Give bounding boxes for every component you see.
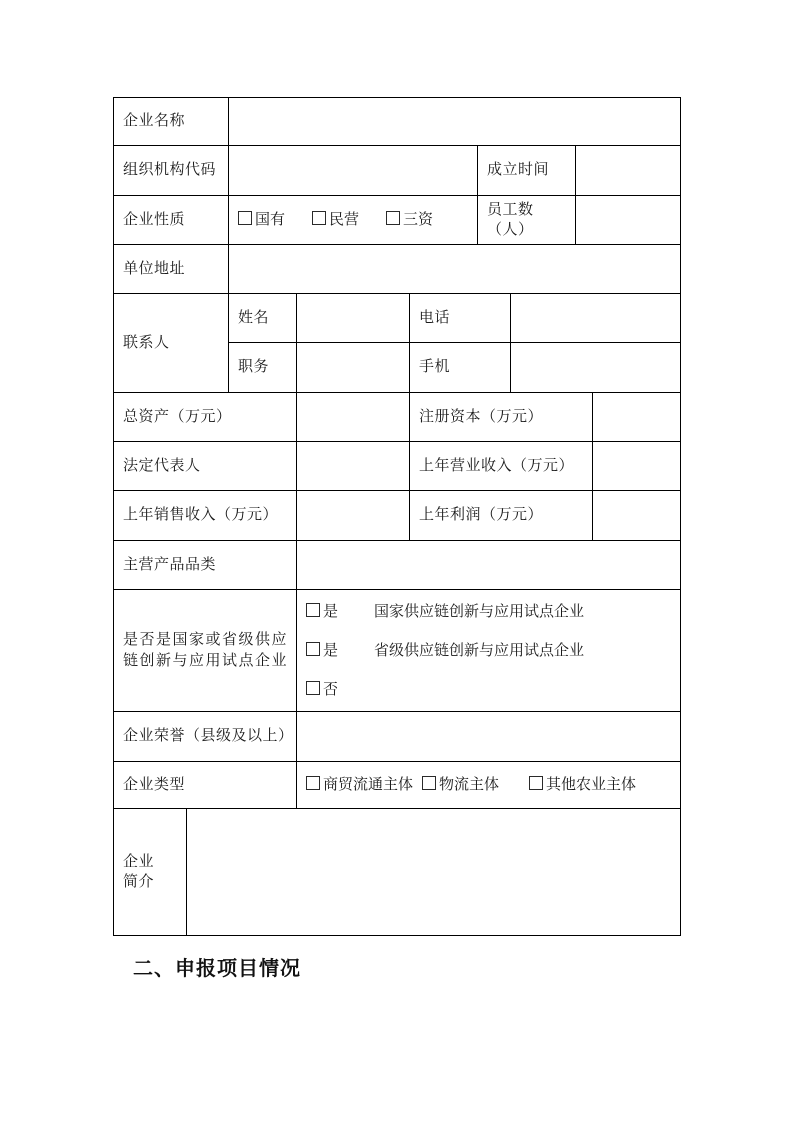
table-row: 上年销售收入（万元） 上年利润（万元） (114, 491, 681, 541)
document-page: 企业名称 组织机构代码 成立时间 企业性质 国有民营三资 员工数（人） 单位地址… (0, 0, 793, 1122)
table-row: 法定代表人 上年营业收入（万元） (114, 442, 681, 491)
contact-phone-field[interactable] (511, 294, 681, 343)
org-code-field[interactable] (229, 146, 478, 196)
contact-title-label: 职务 (229, 343, 297, 393)
table-row: 是否是国家或省级供应 链创新与应用试点企业 是国家供应链创新与应用试点企业 是省… (114, 590, 681, 712)
total-assets-label: 总资产（万元） (114, 393, 297, 442)
profile-field[interactable] (187, 809, 681, 936)
table-row: 组织机构代码 成立时间 (114, 146, 681, 196)
legal-rep-field[interactable] (297, 442, 410, 491)
enterprise-info-table: 企业名称 组织机构代码 成立时间 企业性质 国有民营三资 员工数（人） 单位地址… (113, 97, 681, 936)
contact-name-label: 姓名 (229, 294, 297, 343)
total-assets-field[interactable] (297, 393, 410, 442)
checkbox-private[interactable] (312, 211, 326, 225)
table-row: 单位地址 (114, 245, 681, 294)
last-year-revenue-field[interactable] (593, 442, 681, 491)
checkbox-trade-circulation[interactable] (306, 776, 320, 790)
checkbox-foreign-funded[interactable] (386, 211, 400, 225)
pilot-option-prefix: 是 (323, 642, 338, 659)
checkbox-no-pilot[interactable] (306, 681, 320, 695)
honors-label: 企业荣誉（县级及以上） (114, 712, 297, 762)
checkbox-yes-national-pilot[interactable] (306, 603, 320, 617)
last-year-profit-label: 上年利润（万元） (410, 491, 593, 541)
pilot-option-label: 国家供应链创新与应用试点企业 (374, 603, 584, 620)
checkbox-logistics[interactable] (422, 776, 436, 790)
registered-capital-label: 注册资本（万元） (410, 393, 593, 442)
contact-name-field[interactable] (297, 294, 410, 343)
pilot-option-national: 是国家供应链创新与应用试点企业 (306, 592, 676, 631)
founded-label: 成立时间 (478, 146, 576, 196)
company-name-label: 企业名称 (114, 98, 229, 146)
pilot-option-label: 省级供应链创新与应用试点企业 (374, 642, 584, 659)
table-row: 联系人 姓名 电话 (114, 294, 681, 343)
section-heading: 二、申报项目情况 (133, 952, 793, 981)
nature-option-label: 三资 (403, 211, 433, 228)
table-row: 企业类型 商贸流通主体物流主体其他农业主体 (114, 762, 681, 809)
company-type-options-cell: 商贸流通主体物流主体其他农业主体 (297, 762, 681, 809)
company-type-label: 企业类型 (114, 762, 297, 809)
company-type-option-label: 物流主体 (439, 776, 499, 793)
registered-capital-field[interactable] (593, 393, 681, 442)
checkbox-yes-provincial-pilot[interactable] (306, 642, 320, 656)
pilot-option-prefix: 否 (323, 681, 338, 698)
checkbox-state-owned[interactable] (238, 211, 252, 225)
last-year-revenue-label: 上年营业收入（万元） (410, 442, 593, 491)
nature-option-label: 国有 (255, 211, 285, 228)
contact-phone-label: 电话 (410, 294, 511, 343)
table-row: 总资产（万元） 注册资本（万元） (114, 393, 681, 442)
table-row: 企业 简介 (114, 809, 681, 936)
company-type-option-label: 其他农业主体 (546, 776, 636, 793)
honors-field[interactable] (297, 712, 681, 762)
pilot-option-prefix: 是 (323, 603, 338, 620)
table-row: 企业名称 (114, 98, 681, 146)
pilot-option-provincial: 是省级供应链创新与应用试点企业 (306, 631, 676, 670)
table-row: 企业性质 国有民营三资 员工数（人） (114, 196, 681, 245)
nature-options-cell: 国有民营三资 (229, 196, 478, 245)
last-year-profit-field[interactable] (593, 491, 681, 541)
contact-title-field[interactable] (297, 343, 410, 393)
company-type-option-label: 商贸流通主体 (323, 776, 413, 793)
address-field[interactable] (229, 245, 681, 294)
founded-field[interactable] (576, 146, 681, 196)
contact-mobile-field[interactable] (511, 343, 681, 393)
company-name-field[interactable] (229, 98, 681, 146)
table-row: 企业荣誉（县级及以上） (114, 712, 681, 762)
checkbox-other-agriculture[interactable] (529, 776, 543, 790)
nature-option-label: 民营 (329, 211, 359, 228)
table-row: 主营产品品类 (114, 541, 681, 590)
main-products-field[interactable] (297, 541, 681, 590)
org-code-label: 组织机构代码 (114, 146, 229, 196)
employees-field[interactable] (576, 196, 681, 245)
last-year-sales-field[interactable] (297, 491, 410, 541)
employees-label: 员工数（人） (478, 196, 576, 245)
pilot-options-cell: 是国家供应链创新与应用试点企业 是省级供应链创新与应用试点企业 否 (297, 590, 681, 712)
main-products-label: 主营产品品类 (114, 541, 297, 590)
legal-rep-label: 法定代表人 (114, 442, 297, 491)
profile-label: 企业 简介 (114, 809, 187, 936)
pilot-label: 是否是国家或省级供应 链创新与应用试点企业 (114, 590, 297, 712)
pilot-option-no: 否 (306, 670, 676, 709)
last-year-sales-label: 上年销售收入（万元） (114, 491, 297, 541)
address-label: 单位地址 (114, 245, 229, 294)
contact-mobile-label: 手机 (410, 343, 511, 393)
contact-label: 联系人 (114, 294, 229, 393)
nature-label: 企业性质 (114, 196, 229, 245)
